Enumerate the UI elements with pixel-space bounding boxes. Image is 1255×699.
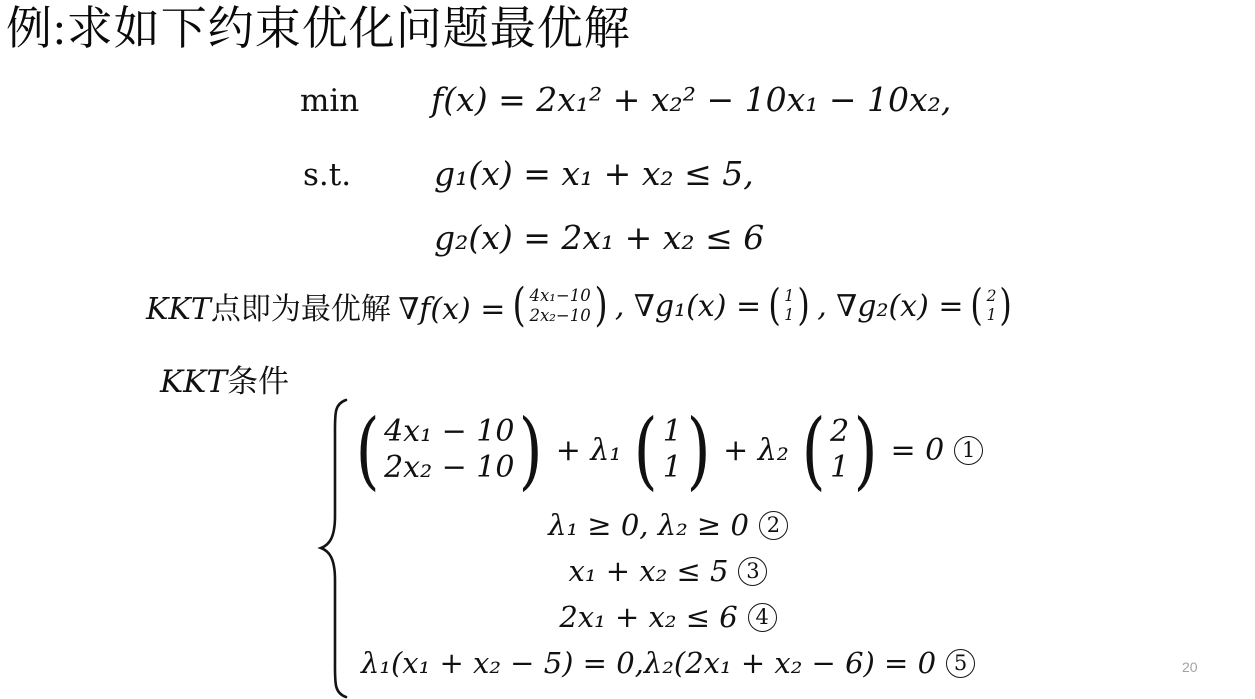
slide-canvas: 例:求如下约束优化问题最优解 min f(x) = 2x₁² + x₂² − 1…	[0, 0, 1255, 699]
left-curly-brace	[316, 398, 350, 699]
kkt-point-line: KKT点即为最优解 ∇f(x) = 4x₁−10 2x₂−10 , ∇g₁(x)…	[146, 284, 1014, 328]
grad-g1-vector: 1 1	[767, 287, 811, 326]
constraint2-line: g₂(x) = 2x₁ + x₂ ≤ 6	[434, 218, 764, 257]
gradient-vector: 4x₁ − 10 2x₂ − 10	[353, 413, 546, 488]
kkt-system: 4x₁ − 10 2x₂ − 10 + λ₁ 1 1 + λ₂ 2 1	[316, 398, 1016, 699]
grad-g2-label: , ∇g₂(x) =	[817, 289, 963, 324]
kkt-condition-3: x₁ + x₂ ≤ 5 3	[352, 548, 984, 594]
g1-gradient-vector: 1 1	[631, 413, 713, 488]
g2-gradient-vector: 2 1	[799, 413, 881, 488]
page-number: 20	[1182, 659, 1198, 675]
grad-f-label: ∇f(x) =	[398, 292, 505, 327]
condition-5-badge: 5	[946, 649, 975, 678]
condition-4-badge: 4	[748, 603, 777, 632]
kkt-system-lines: 4x₁ − 10 2x₂ − 10 + λ₁ 1 1 + λ₂ 2 1	[352, 398, 984, 686]
objective-formula: f(x) = 2x₁² + x₂² − 10x₁ − 10x₂,	[431, 80, 951, 119]
min-label: min	[300, 83, 431, 119]
kkt-condition-2: λ₁ ≥ 0, λ₂ ≥ 0 2	[352, 502, 984, 548]
kkt-condition-5: λ₁(x₁ + x₂ − 5) = 0,λ₂(2x₁ + x₂ − 6) = 0…	[352, 640, 984, 686]
condition-1-badge: 1	[954, 436, 983, 465]
constraint2-formula: g₂(x) = 2x₁ + x₂ ≤ 6	[434, 218, 764, 257]
objective-line: min f(x) = 2x₁² + x₂² − 10x₁ − 10x₂,	[300, 80, 951, 119]
condition-2-badge: 2	[759, 511, 788, 540]
constraint1-line: s.t. g₁(x) = x₁ + x₂ ≤ 5,	[303, 154, 754, 193]
kkt-point-prefix: KKT点即为最优解 ∇f(x) =	[146, 284, 505, 328]
grad-g1-label: , ∇g₁(x) =	[615, 289, 761, 324]
constraint1-formula: g₁(x) = x₁ + x₂ ≤ 5,	[434, 154, 754, 193]
kkt-condition-1: 4x₁ − 10 2x₂ − 10 + λ₁ 1 1 + λ₂ 2 1	[352, 398, 984, 502]
grad-f-vector: 4x₁−10 2x₂−10	[511, 285, 608, 326]
slide-title: 例:求如下约束优化问题最优解	[6, 0, 631, 58]
kkt-condition-4: 2x₁ + x₂ ≤ 6 4	[352, 594, 984, 640]
condition-3-badge: 3	[738, 557, 767, 586]
grad-g2-vector: 2 1	[969, 287, 1013, 326]
kkt-conditions-heading: KKT条件	[160, 356, 289, 401]
st-label: s.t.	[303, 157, 434, 193]
